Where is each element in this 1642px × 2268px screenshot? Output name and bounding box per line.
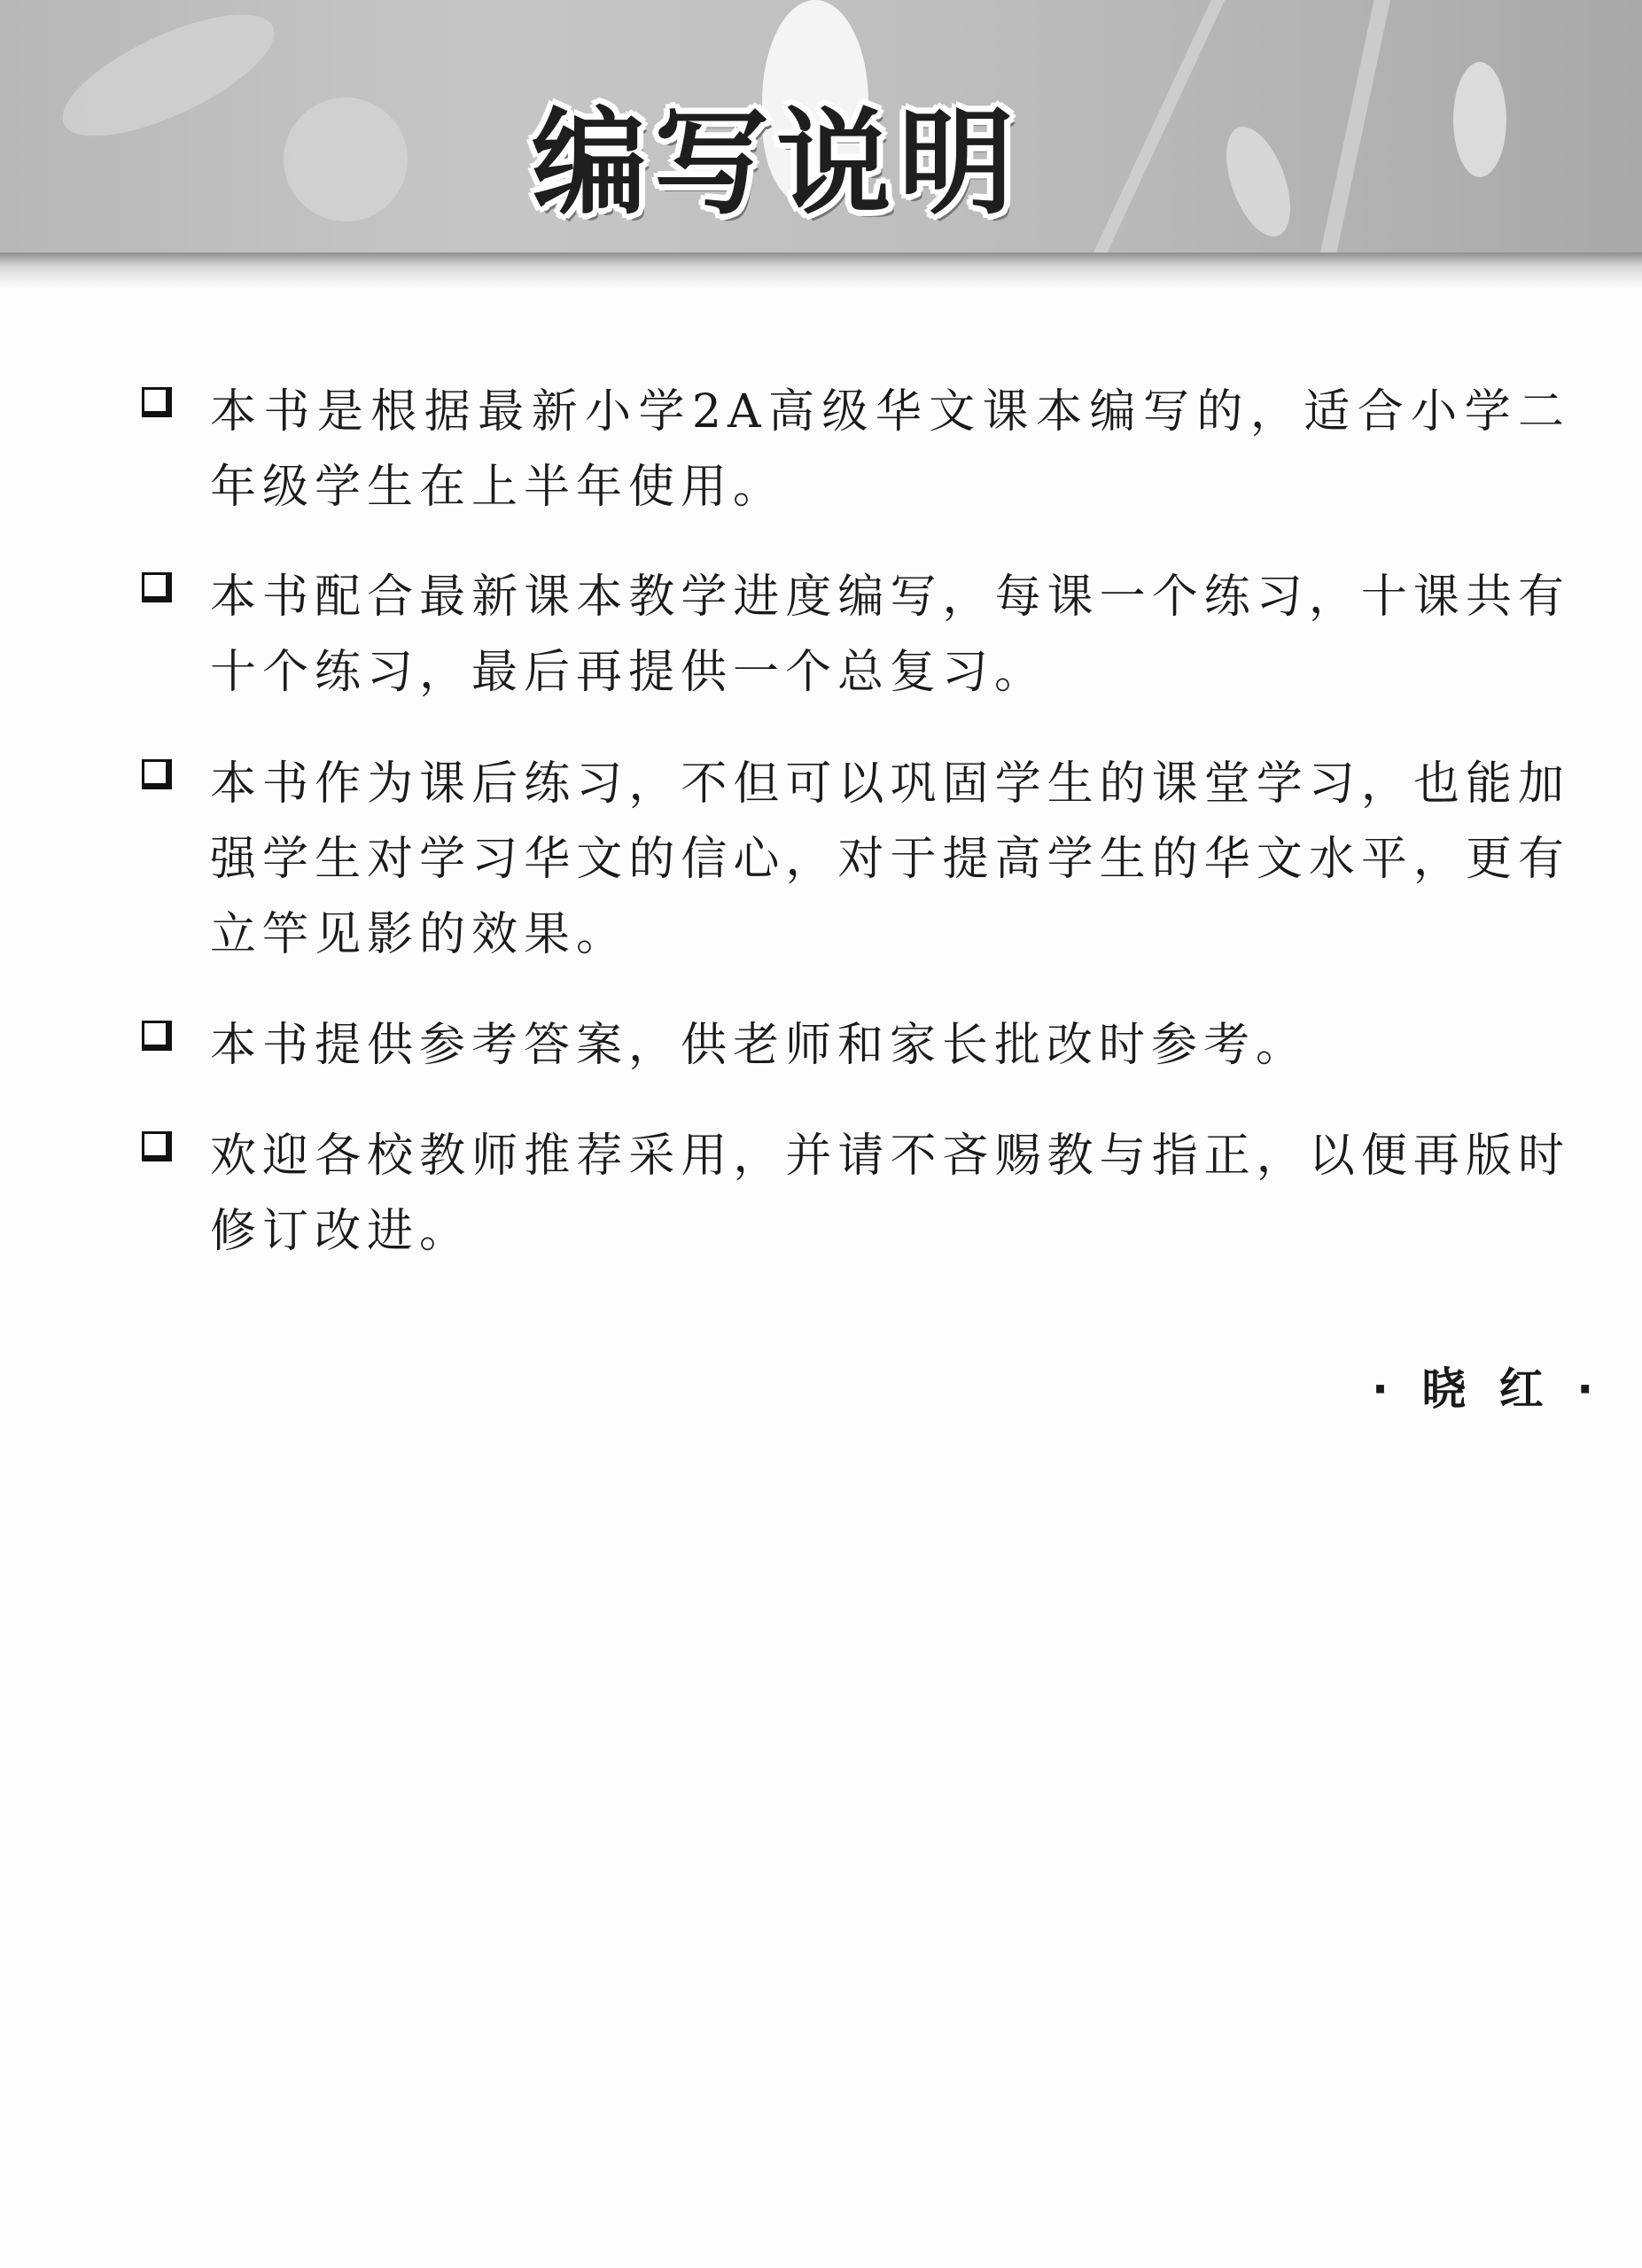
stem-decoration	[1317, 0, 1393, 252]
item-text: 欢迎各校教师推荐采用，并请不吝赐教与指正，以便再版时修订改进。	[210, 1119, 1570, 1270]
page-title: 编写说明	[532, 71, 1021, 237]
item-text: 本书提供参考答案，供老师和家长批改时参考。	[210, 1008, 1570, 1084]
checkbox-icon	[142, 387, 172, 417]
header-banner: 编写说明	[0, 0, 1642, 252]
insect-decoration	[1214, 119, 1303, 245]
item-text: 本书是根据最新小学2A高级华文课本编写的，适合小学二年级学生在上半年使用。	[210, 375, 1570, 525]
banner-shadow	[0, 252, 1642, 288]
item-text: 本书作为课后练习，不但可以巩固学生的课堂学习，也能加强学生对学习华文的信心，对于…	[210, 747, 1570, 973]
item-text: 本书配合最新课本教学进度编写，每课一个练习，十课共有十个练习，最后再提供一个总复…	[210, 560, 1570, 711]
insect-decoration	[1453, 62, 1506, 177]
checkbox-icon	[142, 1021, 172, 1051]
flower-decoration	[284, 97, 408, 221]
checkbox-icon	[142, 1131, 172, 1161]
author-signature: · 晓 红 ·	[1372, 1354, 1602, 1417]
leaf-decoration	[47, 0, 290, 160]
checkbox-icon	[142, 572, 172, 602]
checkbox-icon	[142, 759, 172, 789]
stem-decoration	[1091, 0, 1226, 252]
